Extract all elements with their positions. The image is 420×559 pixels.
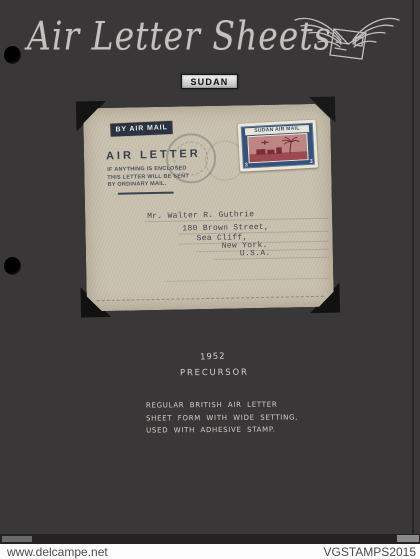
seller-id: VGSTAMPS2015 (324, 545, 416, 559)
address-rule (164, 278, 329, 282)
page-bottom-edge (0, 534, 420, 544)
address-rule (214, 257, 329, 260)
stamp-frame: SUDAN AIR MAIL (241, 123, 315, 169)
description-note: REGULAR BRITISH AIR LETTER SHEET FORM WI… (146, 398, 298, 437)
page-crease (412, 0, 414, 534)
air-letter-sheet: BY AIR MAIL AIR LETTER IF ANYTHING IS EN… (83, 104, 334, 312)
note-line: REGULAR BRITISH AIR LETTER (146, 398, 298, 412)
envelope: BY AIR MAIL AIR LETTER IF ANYTHING IS EN… (83, 104, 334, 312)
page-title: Air Letter Sheets (27, 13, 332, 59)
note-line: USED WITH ADHESIVE STAMP. (146, 423, 298, 437)
year-annotation: 1952 (200, 352, 226, 363)
notice-line: BY ORDINARY MAIL. (107, 181, 189, 190)
stamp-value: 3 (310, 159, 313, 165)
stitch-line (97, 296, 324, 301)
postage-stamp: SUDAN AIR MAIL (238, 120, 318, 172)
binder-hole (4, 46, 21, 64)
album-page: Air Letter Sheets SUDAN BY AIR MAIL AIR … (0, 0, 420, 559)
divider-rule (118, 192, 174, 195)
note-line: SHEET FORM WITH WIDE SETTING, (146, 411, 298, 425)
binder-hole (4, 257, 21, 275)
winged-letter-icon (288, 5, 406, 65)
category-annotation: PRECURSOR (180, 368, 249, 379)
footer-bar: www.delcampe.net VGSTAMPS2015 (0, 544, 420, 559)
footer-watermark: www.delcampe.net (7, 545, 108, 559)
stamp-vignette (247, 133, 308, 164)
stamp-value: 3 (245, 162, 248, 168)
by-air-mail-label: BY AIR MAIL (110, 121, 173, 137)
country-label: SUDAN (181, 74, 238, 89)
